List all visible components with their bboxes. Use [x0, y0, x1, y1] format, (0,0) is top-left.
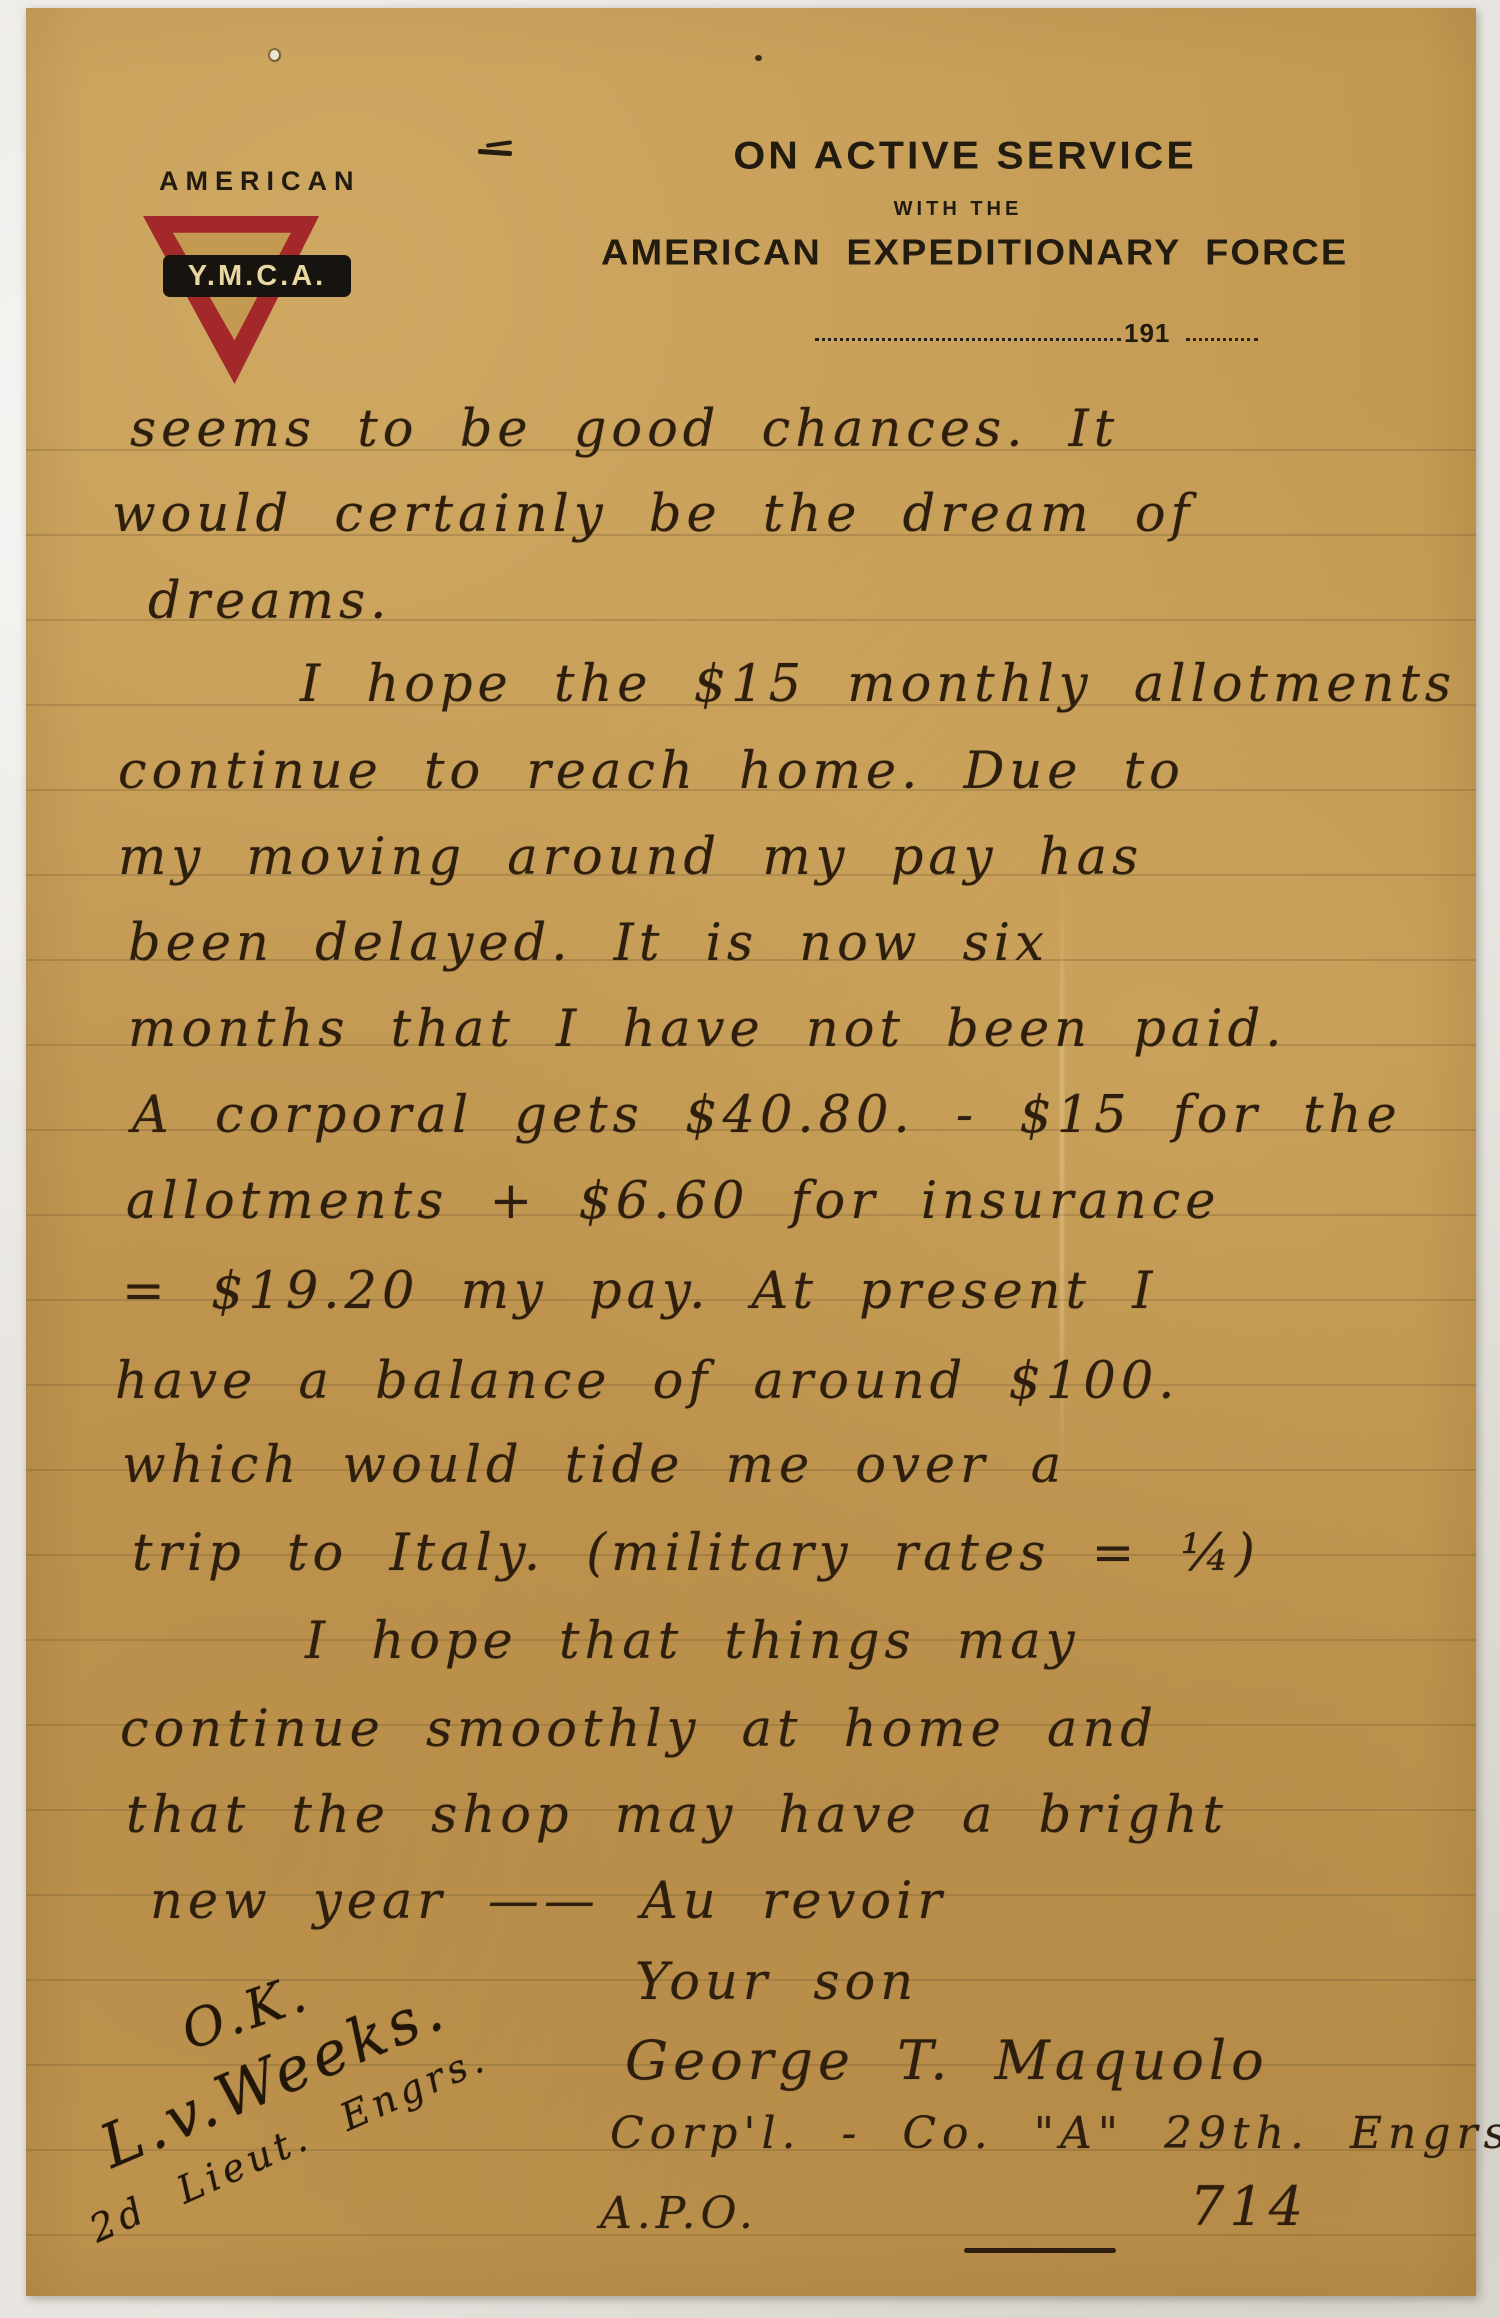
heading-on-active-service: ON ACTIVE SERVICE	[705, 133, 1225, 178]
ink-speck	[755, 55, 762, 61]
ymca-bar: Y.M.C.A.	[163, 255, 351, 297]
heading-with-the: WITH THE	[808, 198, 1108, 221]
handwritten-line: months that I have not been paid.	[128, 1004, 1286, 1055]
american-label: AMERICAN	[159, 166, 361, 197]
date-dotted-rule	[815, 338, 1121, 341]
handwritten-line: have a balance of around $100.	[115, 1356, 1179, 1407]
apo-number: 714	[1190, 2180, 1308, 2234]
apo-dash	[964, 2248, 1116, 2253]
apo-label: A.P.O.	[600, 2192, 758, 2236]
handwritten-line: my moving around my pay has	[118, 832, 1143, 883]
handwritten-line: would certainly be the dream of	[112, 489, 1194, 540]
ymca-logo-icon: Y.M.C.A.	[143, 216, 319, 384]
handwritten-line: = $19.20 my pay. At present I	[122, 1266, 1157, 1317]
handwritten-line: been delayed. It is now six	[128, 918, 1049, 969]
handwritten-line: I hope that things may	[305, 1616, 1080, 1667]
handwritten-line: trip to Italy. (military rates = ¼)	[132, 1528, 1260, 1579]
date-year-prefix: 191	[1124, 318, 1170, 349]
handwritten-line: continue to reach home. Due to	[118, 746, 1185, 797]
signature-rank-unit: Corp'l. - Co. "A" 29th. Engrs.	[610, 2112, 1500, 2156]
stray-ink-mark	[478, 140, 518, 160]
handwritten-line: that the shop may have a bright	[126, 1790, 1228, 1841]
heading-aef: AMERICAN EXPEDITIONARY FORCE	[601, 233, 1341, 274]
letter-paper: AMERICAN Y.M.C.A. ON ACTIVE SERVICE WITH…	[26, 8, 1476, 2296]
signature-name: George T. Maquolo	[625, 2034, 1269, 2088]
handwritten-line: new year —— Au revoir	[150, 1876, 947, 1927]
handwritten-line: seems to be good chances. It	[130, 404, 1119, 455]
scanned-letter-page: { "document_type": "handwritten letter o…	[0, 0, 1500, 2318]
handwritten-line: I hope the $15 monthly allotments	[300, 659, 1456, 710]
handwritten-line: A corporal gets $40.80. - $15 for the	[132, 1090, 1402, 1141]
ymca-bar-label: Y.M.C.A.	[188, 260, 326, 293]
handwritten-line: dreams.	[148, 576, 391, 627]
pinhole	[270, 50, 279, 60]
date-dotted-rule-tail	[1186, 338, 1258, 341]
handwritten-line: continue smoothly at home and	[120, 1704, 1158, 1755]
signature-closing: Your son	[635, 1957, 918, 2008]
handwritten-line: which would tide me over a	[122, 1440, 1066, 1491]
handwritten-line: allotments + $6.60 for insurance	[126, 1176, 1220, 1227]
